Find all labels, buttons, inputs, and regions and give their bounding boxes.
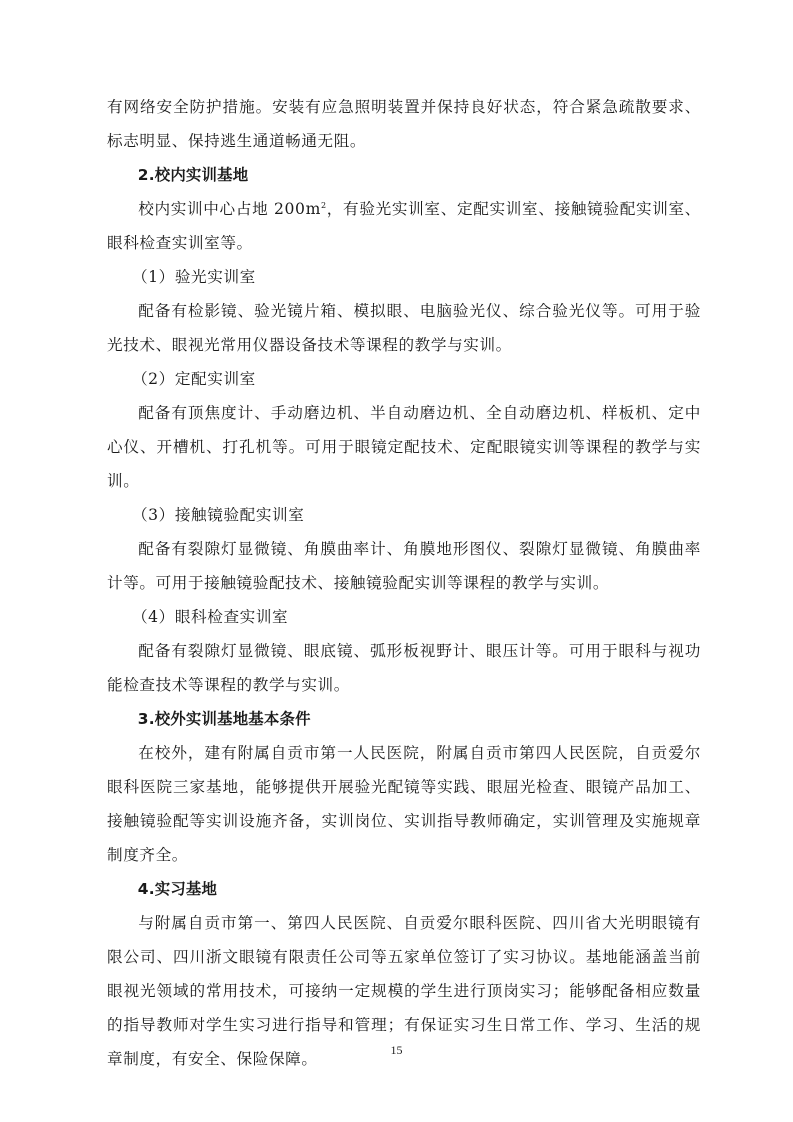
paragraph-off-campus-training: 在校外，建有附属自贡市第一人民医院，附属自贡市第四人民医院，自贡爱尔眼科医院三家… bbox=[107, 736, 701, 872]
paragraph-on-campus-overview: 校内实训中心占地 200m2，有验光实训室、定配实训室、接触镜验配实训室、眼科检… bbox=[107, 192, 701, 260]
heading-off-campus-training: 3.校外实训基地基本条件 bbox=[107, 702, 701, 736]
page-number: 15 bbox=[0, 1043, 793, 1058]
document-body: 有网络安全防护措施。安装有应急照明装置并保持良好状态，符合紧急疏散要求、标志明显… bbox=[107, 90, 701, 1076]
paragraph-optometry-room: 配备有检影镜、验光镜片箱、模拟眼、电脑验光仪、综合验光仪等。可用于验光技术、眼视… bbox=[107, 294, 701, 362]
subheading-optometry-room: （1）验光实训室 bbox=[107, 260, 701, 294]
subheading-ophthalmic-exam-room: （4）眼科检查实训室 bbox=[107, 600, 701, 634]
paragraph-safety: 有网络安全防护措施。安装有应急照明装置并保持良好状态，符合紧急疏散要求、标志明显… bbox=[107, 90, 701, 158]
heading-internship-base: 4.实习基地 bbox=[107, 872, 701, 906]
subheading-dispensing-room: （2）定配实训室 bbox=[107, 362, 701, 396]
area-text: 校内实训中心占地 200m bbox=[138, 200, 321, 218]
paragraph-ophthalmic-exam-room: 配备有裂隙灯显微镜、眼底镜、弧形板视野计、眼压计等。可用于眼科与视功能检查技术等… bbox=[107, 634, 701, 702]
paragraph-dispensing-room: 配备有顶焦度计、手动磨边机、半自动磨边机、全自动磨边机、样板机、定中心仪、开槽机… bbox=[107, 396, 701, 498]
heading-on-campus-training: 2.校内实训基地 bbox=[107, 158, 701, 192]
subheading-contact-lens-room: （3）接触镜验配实训室 bbox=[107, 498, 701, 532]
paragraph-contact-lens-room: 配备有裂隙灯显微镜、角膜曲率计、角膜地形图仪、裂隙灯显微镜、角膜曲率计等。可用于… bbox=[107, 532, 701, 600]
